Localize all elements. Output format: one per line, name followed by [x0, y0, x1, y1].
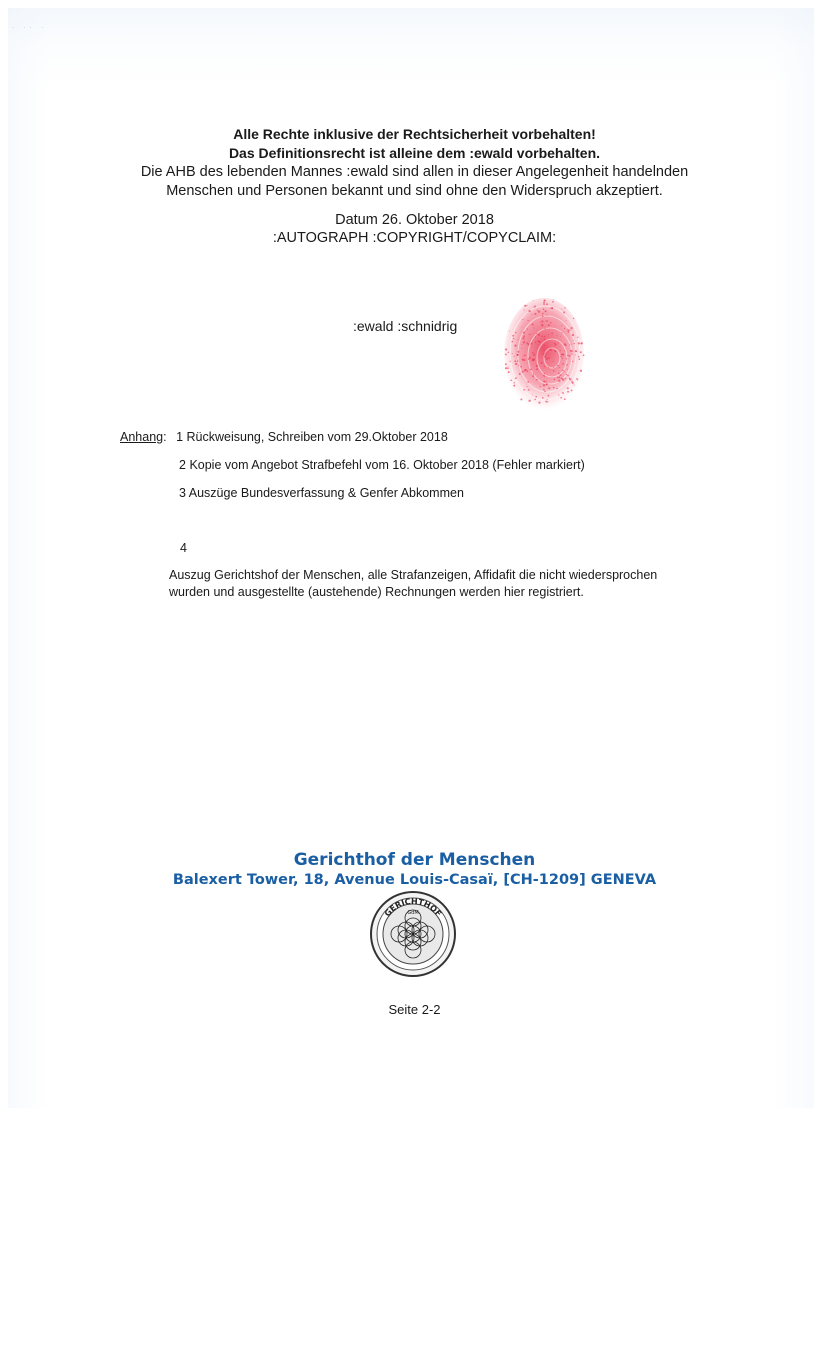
attachment-item: Anhang: 1 Rückweisung, Schreiben vom 29.…: [120, 430, 448, 444]
attachment-text: Auszüge Bundesverfassung & Genfer Abkomm…: [189, 486, 464, 500]
court-seal-icon: GERICHTHOF GdM: [369, 890, 457, 978]
document-header: Alle Rechte inklusive der Rechtsicherhei…: [0, 125, 829, 201]
attachment-item: 3 Auszüge Bundesverfassung & Genfer Abko…: [179, 486, 464, 500]
copyclaim-line: :AUTOGRAPH :COPYRIGHT/COPYCLAIM:: [0, 229, 829, 247]
fingerprint-icon: [500, 296, 592, 418]
attachment-number: 3: [179, 486, 186, 500]
page-number: Seite 2-2: [0, 1002, 829, 1017]
header-line-2: Das Definitionsrecht ist alleine dem :ew…: [0, 144, 829, 163]
attachment-number: 4: [180, 541, 187, 555]
attachments-label: Anhang: [120, 430, 163, 444]
signature-name: :ewald :schnidrig: [353, 318, 457, 334]
attachment-text: Kopie vom Angebot Strafbefehl vom 16. Ok…: [189, 458, 584, 472]
header-line-3: Die AHB des lebenden Mannes :ewald sind …: [0, 163, 829, 182]
court-name: Gerichthof der Menschen: [0, 850, 829, 870]
attachment-number: 2: [179, 458, 186, 472]
header-line-4: Menschen und Personen bekannt und sind o…: [0, 182, 829, 201]
court-address: Balexert Tower, 18, Avenue Louis-Casaï, …: [0, 872, 829, 888]
document-date: Datum 26. Oktober 2018: [0, 211, 829, 229]
attachment-text: Auszug Gerichtshof der Menschen, alle St…: [169, 567, 669, 601]
attachment-text: Rückweisung, Schreiben vom 29.Oktober 20…: [187, 430, 448, 444]
date-block: Datum 26. Oktober 2018 :AUTOGRAPH :COPYR…: [0, 211, 829, 247]
header-line-1: Alle Rechte inklusive der Rechtsicherhei…: [0, 125, 829, 144]
attachment-item: 2 Kopie vom Angebot Strafbefehl vom 16. …: [179, 458, 585, 472]
attachment-number: 1: [176, 430, 183, 444]
scan-artifact: · ·· ·: [12, 25, 47, 31]
svg-text:GdM: GdM: [407, 910, 418, 916]
